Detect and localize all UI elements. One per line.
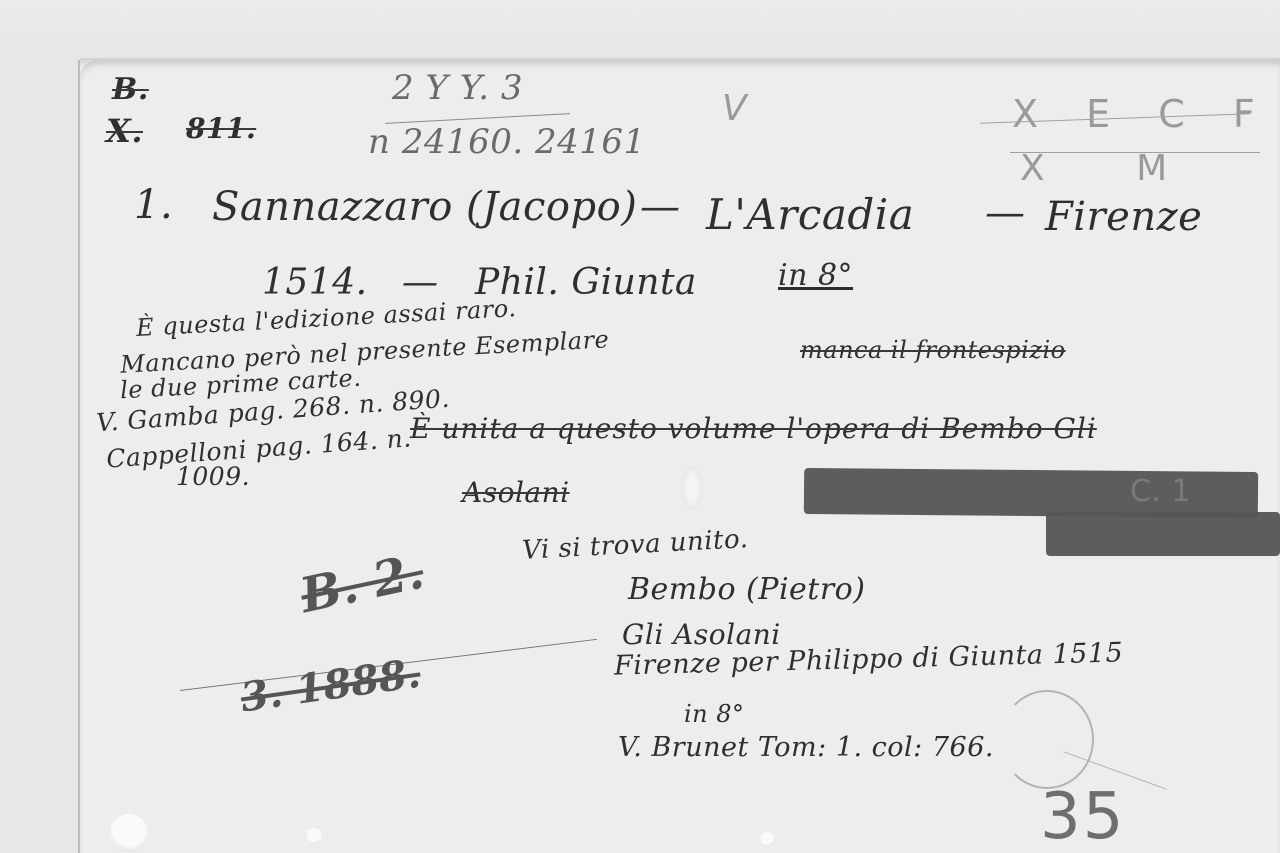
entry-author: Sannazzaro (Jacopo) [212, 184, 637, 230]
struck-note-bembo: È unita a questo volume l'opera di Bembo… [410, 412, 1097, 445]
struck-shelfmark-letter-2: X. [106, 112, 143, 150]
paper-stain [682, 466, 702, 510]
entry-dash-3: — [402, 262, 439, 303]
struck-word-asolani: Asolani [462, 476, 570, 509]
class-mark: 2 Y Y. 3 [392, 68, 523, 108]
struck-shelfmark-letter-1: B. [112, 72, 149, 107]
inventory-numbers: n 24160. 24161 [368, 122, 646, 162]
entry-format: in 8° [778, 258, 853, 293]
pencil-mark-line-2: X M [1020, 148, 1207, 189]
pencil-loop-mark [1000, 690, 1094, 789]
entry-year: 1514. [262, 262, 368, 303]
entry-place: Firenze [1045, 194, 1202, 240]
entry-dash-1: — [640, 184, 681, 230]
redaction-block-2 [1046, 512, 1280, 556]
redaction-label: C. 1 [1130, 474, 1191, 509]
card-top-edge [80, 58, 1280, 66]
struck-note-missing-title-page: manca il frontespizio [800, 336, 1066, 364]
attached-reference-brunet: V. Brunet Tom: 1. col: 766. [618, 732, 994, 763]
scan-background-left [0, 60, 80, 853]
attached-author: Bembo (Pietro) [628, 572, 865, 607]
entry-dash-2: — [985, 190, 1026, 236]
entry-number: 1. [134, 182, 173, 228]
attached-format: in 8° [684, 700, 745, 728]
struck-shelfmark-number: 811. [186, 112, 256, 145]
page-number: 35 [1040, 780, 1125, 853]
binding-hole-2 [306, 828, 322, 844]
reference-cappelloni-number: 1009. [176, 462, 250, 491]
entry-title: L'Arcadia [706, 190, 914, 239]
pencil-check-mark: V [722, 88, 747, 129]
scan-background-top [0, 0, 1280, 60]
binding-hole-3 [760, 832, 774, 846]
binding-hole-1 [110, 814, 148, 852]
